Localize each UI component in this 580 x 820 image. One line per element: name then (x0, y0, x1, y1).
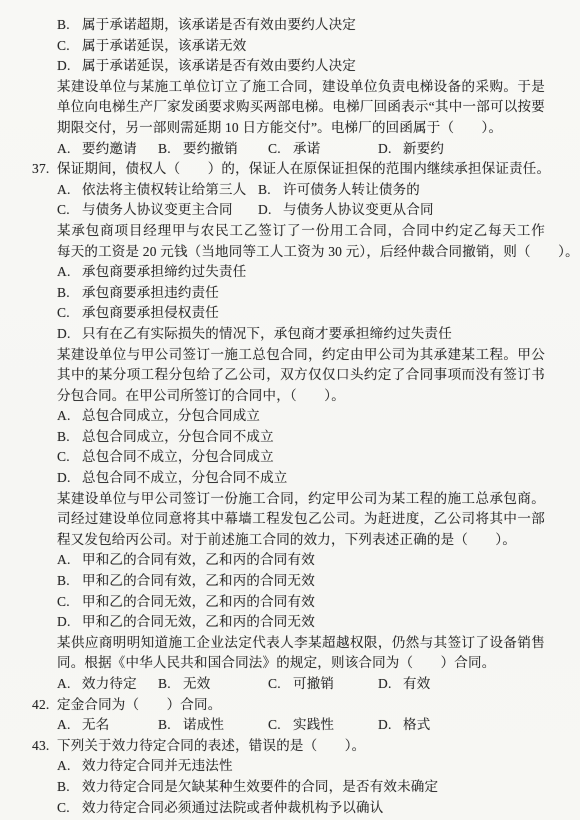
option-letter: D. (378, 715, 403, 736)
question-stem-text: 某建设单位与某施工单位订立了施工合同，建设单位负责电梯设备的采购。于是建设 (57, 79, 545, 98)
options-row: A.无名B.诺成性C.实践性D.格式 (57, 715, 545, 736)
option-letter: B. (158, 674, 183, 695)
option-letter: C. (57, 303, 82, 324)
option-text: 与债务人协议变更主合同 (82, 202, 233, 217)
question-stem-text: 某承包商项目经理甲与农民工乙签订了一份用工合同，合同中约定乙每天工作 10h， (57, 223, 545, 242)
option-letter: B. (57, 15, 82, 36)
option-item: C.可撤销 (268, 674, 378, 695)
option-text: 效力待定合同并无违法性 (82, 758, 233, 773)
option-item: B.承包商要承担违约责任 (57, 283, 545, 304)
option-item: A.要约邀请 (57, 139, 158, 160)
option-text: 实践性 (293, 717, 334, 732)
question-stem-text: 某建设单位与甲公司签订一份施工合同，约定甲公司为某工程的施工总承包商。甲公 (57, 491, 545, 510)
option-item: B.无效 (158, 674, 268, 695)
option-item: C.总包合同不成立，分包合同成立 (57, 447, 545, 468)
option-text: 属于承诺延误，该承诺无效 (82, 38, 246, 53)
option-text: 效力待定合同是欠缺某种生效要件的合同，是否有效未确定 (82, 779, 438, 794)
option-text: 有效 (403, 676, 430, 691)
option-item: D.有效 (378, 674, 430, 695)
option-letter: B. (258, 180, 283, 201)
option-item: C.甲和乙的合同无效，乙和丙的合同有效 (57, 592, 545, 613)
option-text: 甲和乙的合同有效，乙和丙的合同有效 (82, 552, 315, 567)
question-stem-line: 程又发包给丙公司。对于前述施工合同的效力，下列表述正确的是（ ）。 (57, 530, 545, 551)
question-stem-text: 保证期间，债权人（ ）的，保证人在原保证担保的范围内继续承担保证责任。 (57, 161, 550, 176)
option-letter: A. (57, 550, 82, 571)
option-letter: B. (57, 571, 82, 592)
option-letter: A. (57, 715, 82, 736)
option-letter: C. (57, 36, 82, 57)
option-letter: D. (378, 674, 403, 695)
option-text: 可撤销 (293, 676, 334, 691)
scanned-exam-page: B.属于承诺超期，该承诺是否有效由要约人决定C.属于承诺延误，该承诺无效D.属于… (0, 0, 580, 820)
option-item: A.承包商要承担缔约过失责任 (57, 262, 545, 283)
option-letter: C. (268, 674, 293, 695)
option-text: 效力待定合同必须通过法院或者仲裁机构予以确认 (82, 800, 383, 815)
option-item: B.要约撤销 (158, 139, 268, 160)
options-row: A.效力待定B.无效C.可撤销D.有效 (57, 674, 545, 695)
question-block: 41.某供应商明明知道施工企业法定代表人李某超越权限，仍然与其签订了设备销售合同… (57, 633, 545, 695)
option-text: 承包商要承担侵权责任 (82, 305, 219, 320)
question-block: 39.某建设单位与甲公司签订一施工总包合同，约定由甲公司为其承建某工程。甲公司将… (57, 345, 545, 489)
option-text: 承包商要承担违约责任 (82, 285, 219, 300)
option-text: 效力待定 (82, 676, 137, 691)
option-item: A.依法将主债权转让给第三人 (57, 180, 258, 201)
option-letter: D. (57, 612, 82, 633)
option-text: 要约邀请 (82, 141, 137, 156)
option-text: 许可债务人转让债务的 (283, 182, 420, 197)
question-block: 36.某建设单位与某施工单位订立了施工合同，建设单位负责电梯设备的采购。于是建设… (57, 77, 545, 159)
question-stem-text: 程又发包给丙公司。对于前述施工合同的效力，下列表述正确的是（ ）。 (57, 532, 516, 547)
option-text: 诺成性 (183, 717, 224, 732)
option-letter: A. (57, 406, 82, 427)
question-stem-text: 期限交付，另一部则需延期 10 日方能交付”。电梯厂的回函属于（ ）。 (57, 120, 502, 135)
question-stem-line: 40.某建设单位与甲公司签订一份施工合同，约定甲公司为某工程的施工总承包商。甲公 (57, 489, 545, 510)
option-text: 无效 (183, 676, 210, 691)
option-item: D.甲和乙的合同无效，乙和丙的合同无效 (57, 612, 545, 633)
question-stem-line: 38.某承包商项目经理甲与农民工乙签订了一份用工合同，合同中约定乙每天工作 10… (57, 221, 545, 242)
question-stem-text: 定金合同为（ ）合同。 (57, 697, 221, 712)
option-text: 总包合同成立，分包合同成立 (82, 408, 260, 423)
option-text: 总包合同成立，分包合同不成立 (82, 429, 274, 444)
option-item: C.效力待定合同必须通过法院或者仲裁机构予以确认 (57, 798, 545, 819)
option-letter: D. (57, 468, 82, 489)
leading-option-line: B.属于承诺超期，该承诺是否有效由要约人决定 (57, 15, 545, 36)
options-row: A.依法将主债权转让给第三人B.许可债务人转让债务的 (57, 180, 545, 201)
option-letter: D. (57, 56, 82, 77)
question-block: 37.保证期间，债权人（ ）的，保证人在原保证担保的范围内继续承担保证责任。A.… (57, 159, 545, 221)
question-stem-line: 36.某建设单位与某施工单位订立了施工合同，建设单位负责电梯设备的采购。于是建设 (57, 77, 545, 98)
option-item: A.总包合同成立，分包合同成立 (57, 406, 545, 427)
option-text: 与债务人协议变更从合同 (283, 202, 434, 217)
options-row: C.与债务人协议变更主合同D.与债务人协议变更从合同 (57, 200, 545, 221)
option-item: B.诺成性 (158, 715, 268, 736)
option-text: 甲和乙的合同无效，乙和丙的合同有效 (82, 594, 315, 609)
options-row: A.要约邀请B.要约撤销C.承诺D.新要约 (57, 139, 545, 160)
option-item: D.只有在乙有实际损失的情况下，承包商才要承担缔约过失责任 (57, 324, 545, 345)
option-text: 总包合同不成立，分包合同成立 (82, 449, 274, 464)
question-stem-text: 分包合同。在甲公司所签订的合同中，（ ）。 (57, 388, 345, 403)
option-letter: A. (57, 139, 82, 160)
option-item: B.许可债务人转让债务的 (258, 180, 420, 201)
option-letter: C. (268, 139, 293, 160)
question-stem-line: 37.保证期间，债权人（ ）的，保证人在原保证担保的范围内继续承担保证责任。 (57, 159, 545, 180)
option-letter: B. (57, 427, 82, 448)
option-letter: D. (57, 324, 82, 345)
question-stem-text: 某建设单位与甲公司签订一施工总包合同，约定由甲公司为其承建某工程。甲公司将 (57, 347, 545, 366)
option-text: 属于承诺超期，该承诺是否有效由要约人决定 (82, 17, 356, 32)
question-stem-line: 同。根据《中华人民共和国合同法》的规定，则该合同为（ ）合同。 (57, 653, 545, 674)
option-text: 依法将主债权转让给第三人 (82, 182, 246, 197)
leading-option-line: C.属于承诺延误，该承诺无效 (57, 36, 545, 57)
option-letter: B. (57, 283, 82, 304)
option-letter: B. (57, 777, 82, 798)
option-text: 要约撤销 (183, 141, 238, 156)
question-stem-line: 分包合同。在甲公司所签订的合同中，（ ）。 (57, 386, 545, 407)
option-letter: A. (57, 180, 82, 201)
question-number: 42. (32, 695, 49, 716)
question-stem-text: 司经过建设单位同意将其中幕墙工程发包乙公司。为赶进度，乙公司将其中一部分工 (57, 511, 545, 530)
question-block: 43.下列关于效力待定合同的表述，错误的是（ ）。A.效力待定合同并无违法性B.… (57, 736, 545, 818)
option-letter: B. (158, 139, 183, 160)
option-text: 属于承诺延误，该承诺是否有效由要约人决定 (82, 58, 356, 73)
question-block: 42.定金合同为（ ）合同。A.无名B.诺成性C.实践性D.格式 (57, 695, 545, 736)
option-item: D.与债务人协议变更从合同 (258, 200, 434, 221)
option-letter: B. (158, 715, 183, 736)
option-item: C.承诺 (268, 139, 378, 160)
option-item: B.效力待定合同是欠缺某种生效要件的合同，是否有效未确定 (57, 777, 545, 798)
option-item: B.甲和乙的合同有效，乙和丙的合同无效 (57, 571, 545, 592)
option-item: A.甲和乙的合同有效，乙和丙的合同有效 (57, 550, 545, 571)
option-letter: A. (57, 674, 82, 695)
option-letter: C. (57, 798, 82, 819)
question-block: 40.某建设单位与甲公司签订一份施工合同，约定甲公司为某工程的施工总承包商。甲公… (57, 489, 545, 633)
question-stem-line: 单位向电梯生产厂家发函要求购买两部电梯。电梯厂回函表示“其中一部可以按要求 (57, 97, 545, 118)
option-text: 格式 (403, 717, 430, 732)
question-stem-line: 42.定金合同为（ ）合同。 (57, 695, 545, 716)
question-block: 38.某承包商项目经理甲与农民工乙签订了一份用工合同，合同中约定乙每天工作 10… (57, 221, 545, 345)
option-text: 总包合同不成立，分包合同不成立 (82, 470, 288, 485)
option-text: 承诺 (293, 141, 320, 156)
option-text: 甲和乙的合同有效，乙和丙的合同无效 (82, 573, 315, 588)
option-item: A.效力待定合同并无违法性 (57, 756, 545, 777)
option-text: 承包商要承担缔约过失责任 (82, 264, 246, 279)
question-stem-text: 单位向电梯生产厂家发函要求购买两部电梯。电梯厂回函表示“其中一部可以按要求 (57, 99, 545, 118)
leading-option-line: D.属于承诺延误，该承诺是否有效由要约人决定 (57, 56, 545, 77)
option-item: D.格式 (378, 715, 430, 736)
question-stem-line: 39.某建设单位与甲公司签订一施工总包合同，约定由甲公司为其承建某工程。甲公司将 (57, 345, 545, 366)
question-stem-line: 期限交付，另一部则需延期 10 日方能交付”。电梯厂的回函属于（ ）。 (57, 118, 545, 139)
question-stem-text: 同。根据《中华人民共和国合同法》的规定，则该合同为（ ）合同。 (57, 655, 495, 670)
question-stem-text: 每天的工资是 20 元钱（当地同等工人工资为 30 元），后经仲裁合同撤销，则（… (57, 244, 579, 259)
option-text: 无名 (82, 717, 109, 732)
option-item: C.承包商要承担侵权责任 (57, 303, 545, 324)
option-text: 只有在乙有实际损失的情况下，承包商才要承担缔约过失责任 (82, 326, 452, 341)
question-stem-line: 其中的某分项工程分包给了乙公司，双方仅仅口头约定了合同事项而没有签订书面的 (57, 365, 545, 386)
option-letter: C. (57, 592, 82, 613)
option-letter: C. (57, 447, 82, 468)
option-text: 甲和乙的合同无效，乙和丙的合同无效 (82, 614, 315, 629)
option-item: C.实践性 (268, 715, 378, 736)
question-number: 43. (32, 736, 49, 757)
question-stem-text: 其中的某分项工程分包给了乙公司，双方仅仅口头约定了合同事项而没有签订书面的 (57, 367, 545, 386)
option-letter: D. (378, 139, 403, 160)
option-item: D.总包合同不成立，分包合同不成立 (57, 468, 545, 489)
question-stem-line: 43.下列关于效力待定合同的表述，错误的是（ ）。 (57, 736, 545, 757)
option-letter: C. (268, 715, 293, 736)
option-item: B.总包合同成立，分包合同不成立 (57, 427, 545, 448)
option-letter: C. (57, 200, 82, 221)
option-item: D.新要约 (378, 139, 444, 160)
question-stem-text: 下列关于效力待定合同的表述，错误的是（ ）。 (57, 738, 365, 753)
option-item: A.无名 (57, 715, 158, 736)
option-item: A.效力待定 (57, 674, 158, 695)
option-letter: A. (57, 262, 82, 283)
option-item: C.与债务人协议变更主合同 (57, 200, 258, 221)
question-number: 37. (32, 159, 49, 180)
question-stem-line: 每天的工资是 20 元钱（当地同等工人工资为 30 元），后经仲裁合同撤销，则（… (57, 242, 545, 263)
option-letter: A. (57, 756, 82, 777)
option-letter: D. (258, 200, 283, 221)
question-stem-text: 某供应商明明知道施工企业法定代表人李某超越权限，仍然与其签订了设备销售合 (57, 635, 545, 654)
option-text: 新要约 (403, 141, 444, 156)
question-stem-line: 司经过建设单位同意将其中幕墙工程发包乙公司。为赶进度，乙公司将其中一部分工 (57, 509, 545, 530)
question-stem-line: 41.某供应商明明知道施工企业法定代表人李某超越权限，仍然与其签订了设备销售合 (57, 633, 545, 654)
